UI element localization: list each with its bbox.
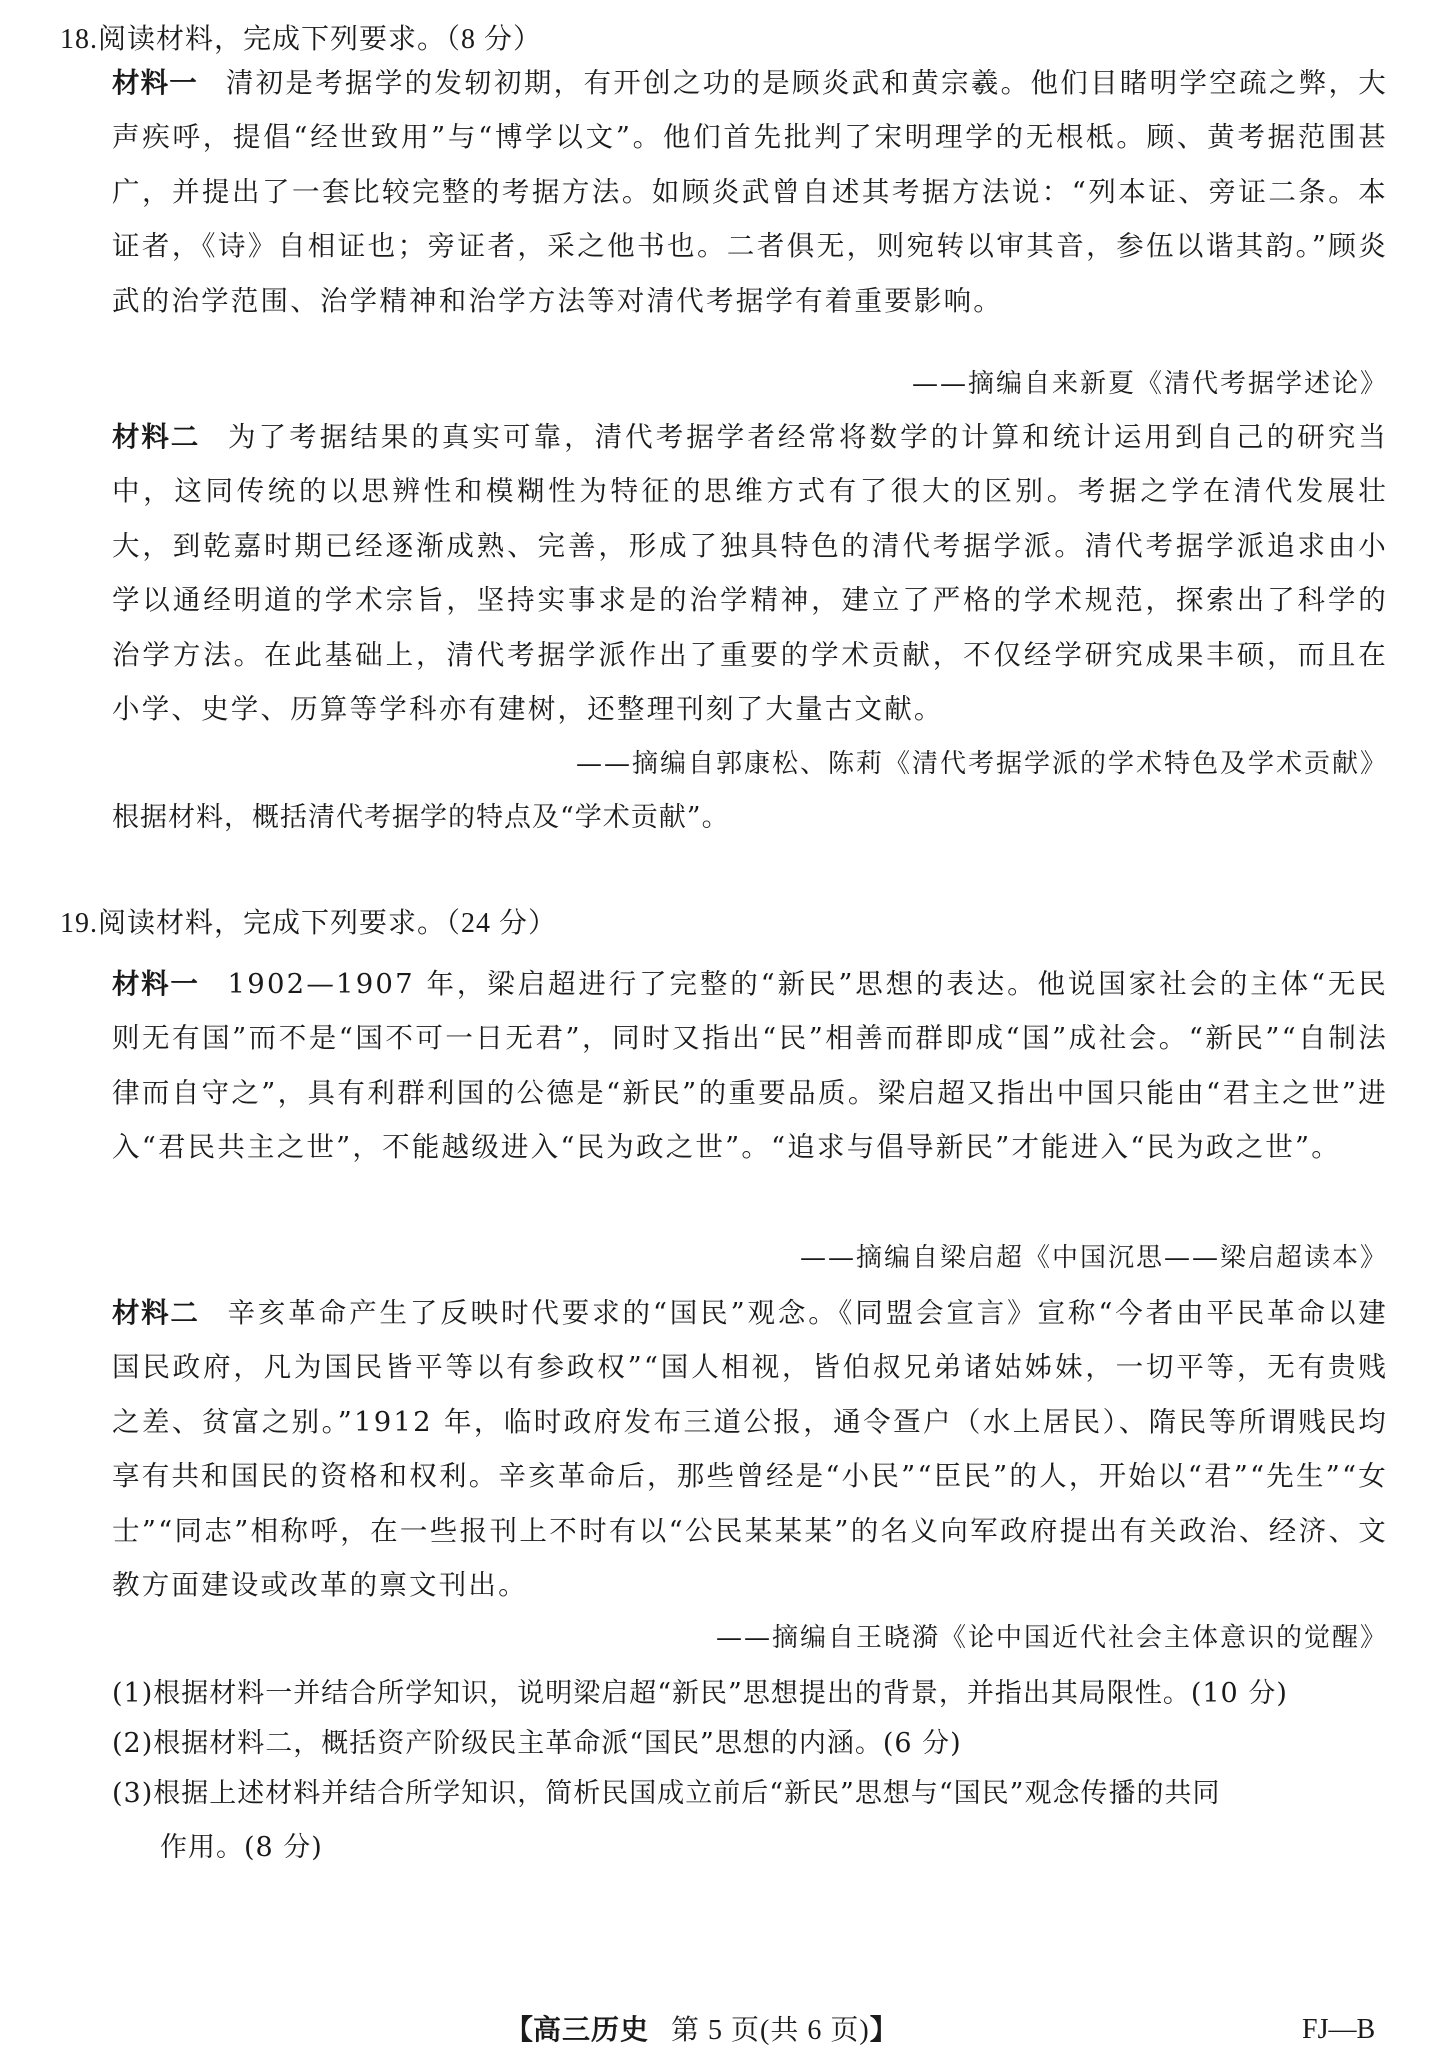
material-text: 清初是考据学的发轫初期，有开创之功的是顾炎武和黄宗羲。他们目睹明学空疏之弊，大声…: [112, 67, 1388, 317]
question-number: 19.: [60, 908, 98, 939]
q19-material-1: 材料一1902—1907 年，梁启超进行了完整的“新民”思想的表达。他说国家社会…: [112, 957, 1388, 1175]
q18-material-1: 材料一清初是考据学的发轫初期，有开创之功的是顾炎武和黄宗羲。他们目睹明学空疏之弊…: [112, 56, 1388, 328]
q19-subquestion-1: (1)根据材料一并结合所学知识，说明梁启超“新民”思想提出的背景，并指出其局限性…: [112, 1667, 1388, 1721]
q19-material-1-source: ——摘编自梁启超《中国沉思——梁启超读本》: [800, 1238, 1388, 1278]
q19-subquestion-2: (2)根据材料二，概括资产阶级民主革命派“国民”思想的内涵。(6 分): [112, 1717, 1388, 1771]
subquestion-line: (3)根据上述材料并结合所学知识，简析民国成立前后“新民”思想与“国民”观念传播…: [112, 1778, 1220, 1809]
q18-material-2-source: ——摘编自郭康松、陈莉《清代考据学派的学术特色及学术贡献》: [576, 744, 1388, 784]
material-label: 材料一: [112, 67, 198, 99]
subject-name: 高三历史: [533, 2013, 649, 2046]
material-label: 材料二: [112, 421, 200, 453]
question-number: 18.: [60, 24, 98, 55]
material-text: 1902—1907 年，梁启超进行了完整的“新民”思想的表达。他说国家社会的主体…: [112, 968, 1388, 1163]
subquestion-continuation: 作用。(8 分): [112, 1821, 1388, 1875]
question-18-title: 18.阅读材料，完成下列要求。（8 分）: [60, 20, 542, 60]
page-number: 第 5 页(共 6 页): [671, 2015, 870, 2046]
q18-material-1-source: ——摘编自来新夏《清代考据学述论》: [912, 364, 1388, 404]
exam-page: 18.阅读材料，完成下列要求。（8 分） 材料一清初是考据学的发轫初期，有开创之…: [0, 0, 1448, 2064]
footer-page-label: 【高三历史第 5 页(共 6 页)】: [505, 2008, 898, 2053]
question-instruction: 阅读材料，完成下列要求。（24 分）: [98, 908, 557, 939]
bracket-open: 【: [505, 2013, 533, 2046]
page-footer: 【高三历史第 5 页(共 6 页)】 FJ—B: [0, 2008, 1448, 2052]
q19-material-2: 材料二辛亥革命产生了反映时代要求的“国民”观念。《同盟会宣言》宣称“今者由平民革…: [112, 1286, 1388, 1612]
question-19-title: 19.阅读材料，完成下列要求。（24 分）: [60, 904, 557, 944]
exam-code: FJ—B: [1302, 2008, 1375, 2052]
question-instruction: 阅读材料，完成下列要求。（8 分）: [98, 24, 542, 55]
material-text: 为了考据结果的真实可靠，清代考据学者经常将数学的计算和统计运用到自己的研究当中，…: [112, 421, 1388, 725]
bracket-close: 】: [870, 2013, 898, 2046]
q19-material-2-source: ——摘编自王晓漪《论中国近代社会主体意识的觉醒》: [716, 1618, 1388, 1658]
q18-material-2: 材料二为了考据结果的真实可靠，清代考据学者经常将数学的计算和统计运用到自己的研究…: [112, 410, 1388, 736]
material-text: 辛亥革命产生了反映时代要求的“国民”观念。《同盟会宣言》宣称“今者由平民革命以建…: [112, 1297, 1388, 1601]
material-label: 材料一: [112, 968, 200, 1000]
q19-subquestion-3: (3)根据上述材料并结合所学知识，简析民国成立前后“新民”思想与“国民”观念传播…: [112, 1767, 1388, 1875]
q18-question: 根据材料，概括清代考据学的特点及“学术贡献”。: [112, 798, 730, 838]
material-label: 材料二: [112, 1297, 200, 1329]
